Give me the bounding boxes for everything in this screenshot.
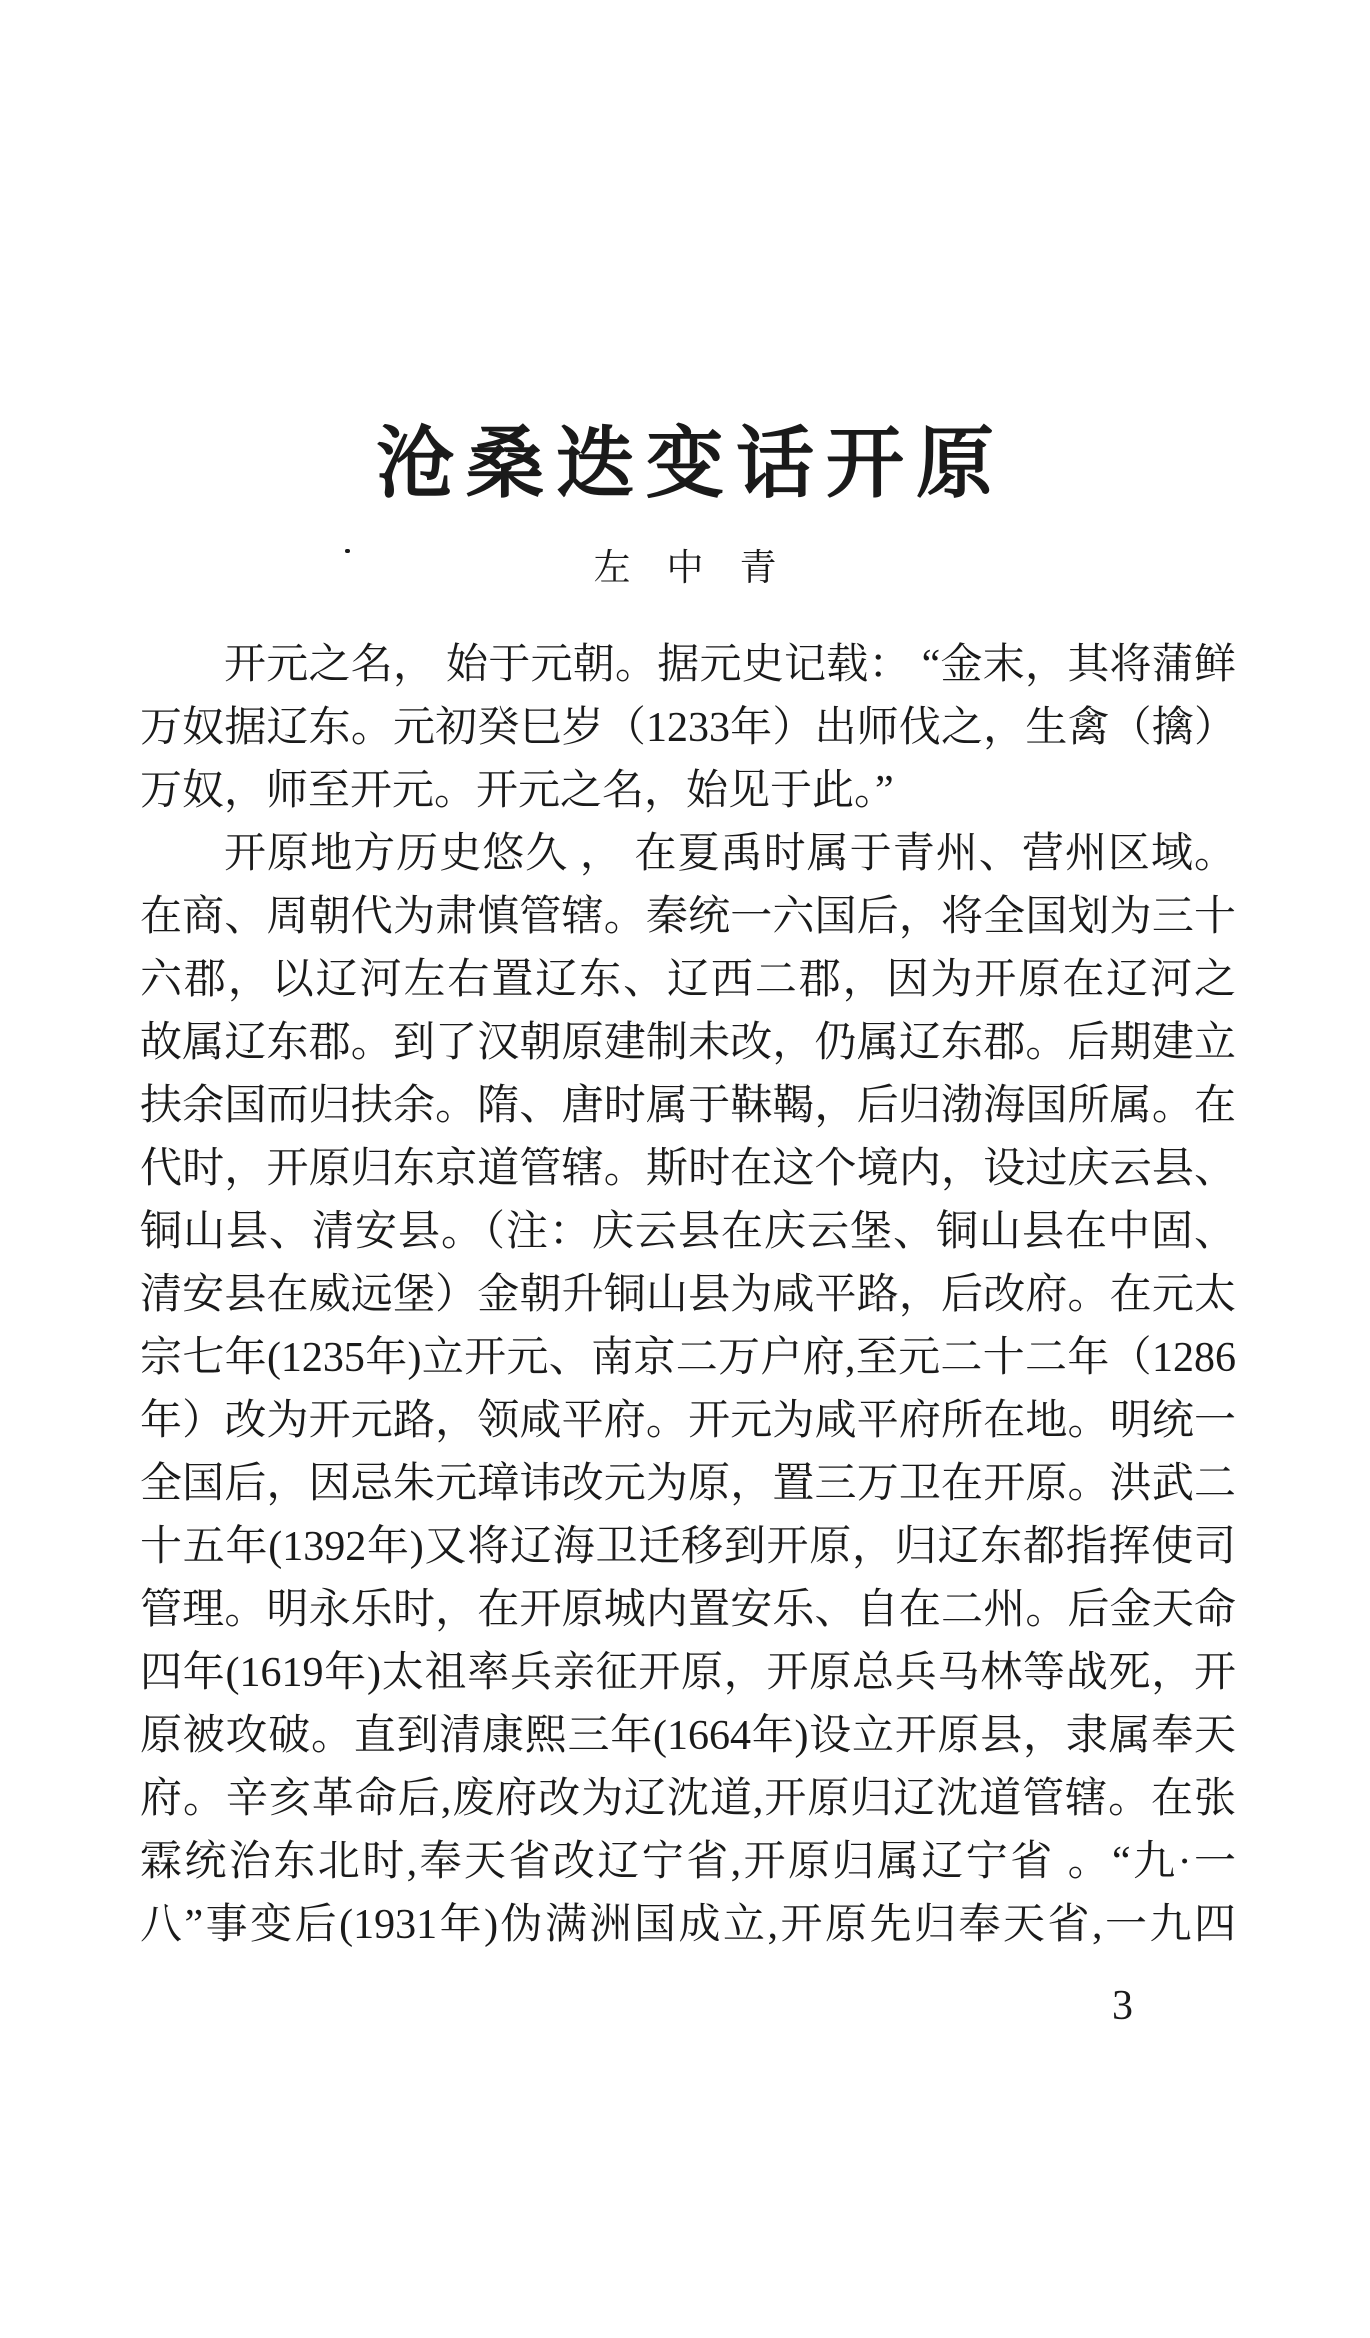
body-line: 开元之名， 始于元朝。据元史记载： “金末，其将蒲鲜 [140,634,1236,697]
body-line: 六郡，以辽河左右置辽东、辽西二郡，因为开原在辽河之东， [140,949,1236,1012]
body-line: 原被攻破。直到清康熙三年(1664年)设立开原县，隶属奉天 [140,1705,1236,1768]
body-line: 故属辽东郡。到了汉朝原建制未改，仍属辽东郡。后期建立 [140,1012,1236,1075]
article-body: 开元之名， 始于元朝。据元史记载： “金末，其将蒲鲜 万奴据辽东。元初癸巳岁（1… [140,634,1236,1957]
body-line: 四年(1619年)太祖率兵亲征开原，开原总兵马林等战死，开 [140,1642,1236,1705]
body-line: 代时，开原归东京道管辖。斯时在这个境内，设过庆云县、 [140,1138,1236,1201]
body-line: 管理。明永乐时，在开原城内置安乐、自在二州。后金天命 [140,1579,1236,1642]
body-line: 八”事变后(1931年)伪满洲国成立,开原先归奉天省,一九四 [140,1894,1236,1957]
body-line: 全国后，因忌朱元璋讳改元为原，置三万卫在开原。洪武二 [140,1453,1236,1516]
body-line: 年）改为开元路，领咸平府。开元为咸平府所在地。明统一 [140,1390,1236,1453]
body-line: 铜山县、清安县。（注：庆云县在庆云堡、铜山县在中固、 [140,1201,1236,1264]
body-line: 在商、周朝代为肃慎管辖。秦统一六国后，将全国划为三十 [140,886,1236,949]
body-line: 万奴据辽东。元初癸巳岁（1233年）出师伐之，生禽（擒） [140,697,1236,760]
page-number: 3 [1112,1984,1133,2028]
body-line: 府。辛亥革命后,废府改为辽沈道,开原归辽沈道管辖。在张作 [140,1768,1236,1831]
article-author: 左中青 [0,547,1370,591]
body-line: 宗七年(1235年)立开元、南京二万户府,至元二十二年（1286 [140,1327,1236,1390]
body-line: 万奴，师至开元。开元之名，始见于此。” [140,760,1236,823]
body-line: 霖统治东北时,奉天省改辽宁省,开原归属辽宁省 。“九·一 [140,1831,1236,1894]
body-line: 清安县在威远堡）金朝升铜山县为咸平路，后改府。在元太 [140,1264,1236,1327]
body-line: 开原地方历史悠久 ， 在夏禹时属于青州、营州区域。 [140,823,1236,886]
body-line: 十五年(1392年)又将辽海卫迁移到开原，归辽东都指挥使司 [140,1516,1236,1579]
article-title: 沧桑迭变话开原 [0,420,1370,508]
body-line: 扶余国而归扶余。隋、唐时属于靺鞨，后归渤海国所属。在辽 [140,1075,1236,1138]
document-page: 沧桑迭变话开原 左中青 开元之名， 始于元朝。据元史记载： “金末，其将蒲鲜 万… [0,0,1370,2338]
